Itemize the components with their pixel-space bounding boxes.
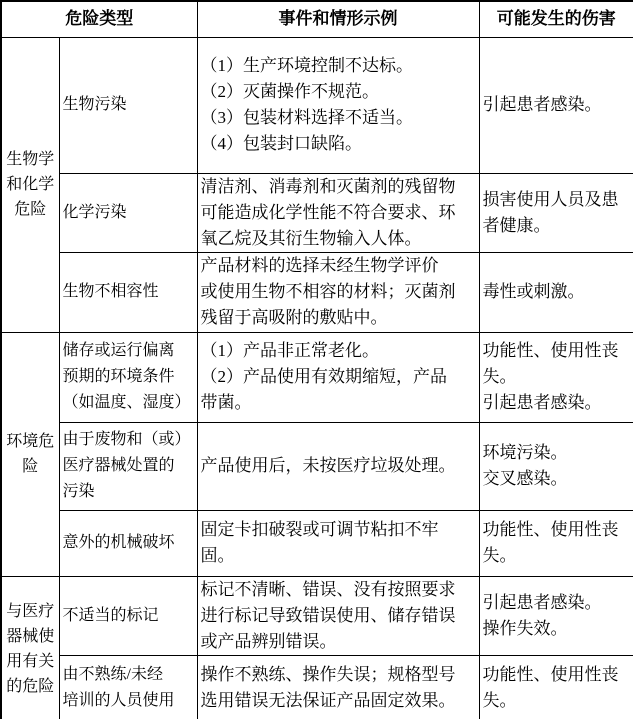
- group-cell-environment: 环境危 险: [1, 332, 59, 576]
- hazard-type-cell: 生物污染: [59, 37, 197, 173]
- table-row: 与医疗 器械使 用有关 的危险 不适当的标记 标记不清晰、错误、没有按照要求 进…: [1, 576, 633, 655]
- hazard-type-cell: 由不熟练/未经 培训的人员使用: [59, 655, 197, 719]
- harm-cell: 引起患者感染。: [479, 37, 633, 173]
- examples-cell: 产品使用后，未按医疗垃圾处理。: [197, 422, 479, 510]
- header-harm-emphasis: 伤害: [582, 9, 616, 28]
- examples-cell: 固定卡扣破裂或可调节粘扣不牢 固。: [197, 510, 479, 576]
- group-cell-bio-chem: 生物学 和化学 危险: [1, 37, 59, 332]
- header-hazard-type: 危险类型: [1, 1, 197, 37]
- table-row: 生物学 和化学 危险 生物污染 （1）生产环境控制不达标。 （2）灭菌操作不规范…: [1, 37, 633, 173]
- harm-cell: 损害使用人员及患 者健康。: [479, 173, 633, 252]
- hazard-type-cell: 储存或运行偏离 预期的环境条件 （如温度、湿度）: [59, 332, 197, 422]
- harm-cell: 毒性或刺激。: [479, 252, 633, 332]
- examples-cell: 产品材料的选择未经生物学评价 或使用生物不相容的材料；灭菌剂 残留于高吸附的敷贴…: [197, 252, 479, 332]
- risk-analysis-table: 危险类型 事件和情形示例 可能发生的伤害 生物学 和化学 危险 生物污染 （1）…: [0, 0, 633, 719]
- hazard-type-cell: 由于废物和（或） 医疗器械处置的 污染: [59, 422, 197, 510]
- table-row: 环境危 险 储存或运行偏离 预期的环境条件 （如温度、湿度） （1）产品非正常老…: [1, 332, 633, 422]
- examples-cell: 标记不清晰、错误、没有按照要求 进行标记导致错误使用、储存错误 或产品辨别错误。: [197, 576, 479, 655]
- header-harm: 可能发生的伤害: [479, 1, 633, 37]
- group-cell-device-use: 与医疗 器械使 用有关 的危险: [1, 576, 59, 719]
- harm-cell: 引起患者感染。 操作失效。: [479, 576, 633, 655]
- examples-cell: 操作不熟练、操作失误；规格型号 选用错误无法保证产品固定效果。: [197, 655, 479, 719]
- hazard-type-cell: 不适当的标记: [59, 576, 197, 655]
- hazard-type-cell: 化学污染: [59, 173, 197, 252]
- examples-cell: 清洁剂、消毒剂和灭菌剂的残留物 可能造成化学性能不符合要求、环 氧乙烷及其衍生物…: [197, 173, 479, 252]
- table-row: 化学污染 清洁剂、消毒剂和灭菌剂的残留物 可能造成化学性能不符合要求、环 氧乙烷…: [1, 173, 633, 252]
- header-harm-prefix: 可能发生的: [497, 9, 582, 28]
- document-page: 危险类型 事件和情形示例 可能发生的伤害 生物学 和化学 危险 生物污染 （1）…: [0, 0, 633, 719]
- examples-cell: （1）生产环境控制不达标。 （2）灭菌操作不规范。 （3）包装材料选择不适当。 …: [197, 37, 479, 173]
- table-row: 由不熟练/未经 培训的人员使用 操作不熟练、操作失误；规格型号 选用错误无法保证…: [1, 655, 633, 719]
- harm-cell: 环境污染。 交叉感染。: [479, 422, 633, 510]
- table-row: 由于废物和（或） 医疗器械处置的 污染 产品使用后，未按医疗垃圾处理。 环境污染…: [1, 422, 633, 510]
- hazard-type-cell: 意外的机械破坏: [59, 510, 197, 576]
- header-examples: 事件和情形示例: [197, 1, 479, 37]
- examples-cell: （1）产品非正常老化。 （2）产品使用有效期缩短，产品 带菌。: [197, 332, 479, 422]
- harm-cell: 功能性、使用性丧 失。 引起患者感染。: [479, 332, 633, 422]
- table-row: 意外的机械破坏 固定卡扣破裂或可调节粘扣不牢 固。 功能性、使用性丧 失。: [1, 510, 633, 576]
- table-row: 生物不相容性 产品材料的选择未经生物学评价 或使用生物不相容的材料；灭菌剂 残留…: [1, 252, 633, 332]
- harm-cell: 功能性、使用性丧 失。: [479, 655, 633, 719]
- harm-cell: 功能性、使用性丧 失。: [479, 510, 633, 576]
- hazard-type-cell: 生物不相容性: [59, 252, 197, 332]
- header-row: 危险类型 事件和情形示例 可能发生的伤害: [1, 1, 633, 37]
